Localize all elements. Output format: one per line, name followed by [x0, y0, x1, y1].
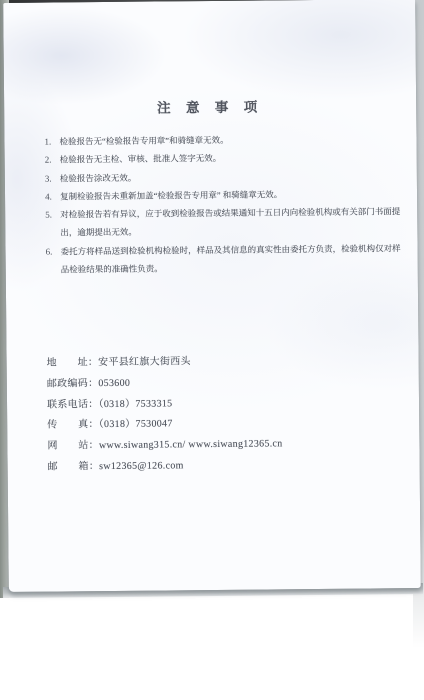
item-number: 6.: [45, 242, 60, 260]
scanned-document-page: 注 意 事 项 1. 检验报告无“检验报告专用章”和骑缝章无效。 2. 检验报告…: [3, 0, 421, 592]
contact-value: （0318）7533315: [98, 398, 172, 410]
item-number: 5.: [45, 206, 60, 224]
notice-list: 1. 检验报告无“检验报告专用章”和骑缝章无效。 2. 检验报告无主检、审核、批…: [44, 129, 411, 279]
contact-label: 邮政编码：: [47, 378, 99, 389]
contact-value: sw12365@126.com: [99, 460, 184, 472]
item-number: 2.: [45, 151, 60, 169]
contact-label: 传 真：: [47, 419, 99, 430]
item-text-line: 品检验结果的准确性负责。: [61, 257, 412, 279]
contact-row-postcode: 邮政编码：053600: [47, 372, 282, 395]
notice-item: 5. 对检验报告若有异议，应于收到检验报告或结果通知十五日内向检验机构或有关部门…: [45, 202, 411, 242]
notice-title: 注 意 事 项: [4, 94, 416, 118]
item-number: 1.: [44, 132, 59, 150]
contact-row-phone: 联系电话：（0318）7533315: [47, 393, 282, 416]
contact-row-email: 邮 箱：sw12365@126.com: [48, 455, 283, 478]
item-text-line: 委托方将样品送到检验机构检验时，样品及其信息的真实性由委托方负责，检验机构仅对样: [60, 239, 411, 261]
contact-row-fax: 传 真：（0318）7530047: [47, 414, 282, 437]
contact-value: （0318）7530047: [99, 419, 173, 431]
item-number: 4.: [45, 187, 60, 205]
contact-label: 邮 箱：: [48, 461, 100, 472]
contact-row-website: 网 站：www.siwang315.cn/ www.siwang12365.cn: [47, 435, 282, 458]
contact-label: 地 址：: [47, 357, 99, 368]
contact-label: 网 站：: [47, 440, 99, 451]
contact-value: www.siwang315.cn/ www.siwang12365.cn: [99, 439, 283, 452]
notice-item: 6. 委托方将样品送到检验机构检验时，样品及其信息的真实性由委托方负责，检验机构…: [45, 239, 411, 279]
item-number: 3.: [45, 169, 60, 187]
contact-block: 地 址：安平县红旗大街西头 邮政编码：053600 联系电话：（0318）753…: [47, 351, 283, 478]
contact-row-address: 地 址：安平县红旗大街西头: [47, 351, 282, 374]
contact-label: 联系电话：: [47, 399, 99, 410]
contact-value: 053600: [98, 378, 130, 389]
contact-value: 安平县红旗大街西头: [98, 356, 191, 368]
